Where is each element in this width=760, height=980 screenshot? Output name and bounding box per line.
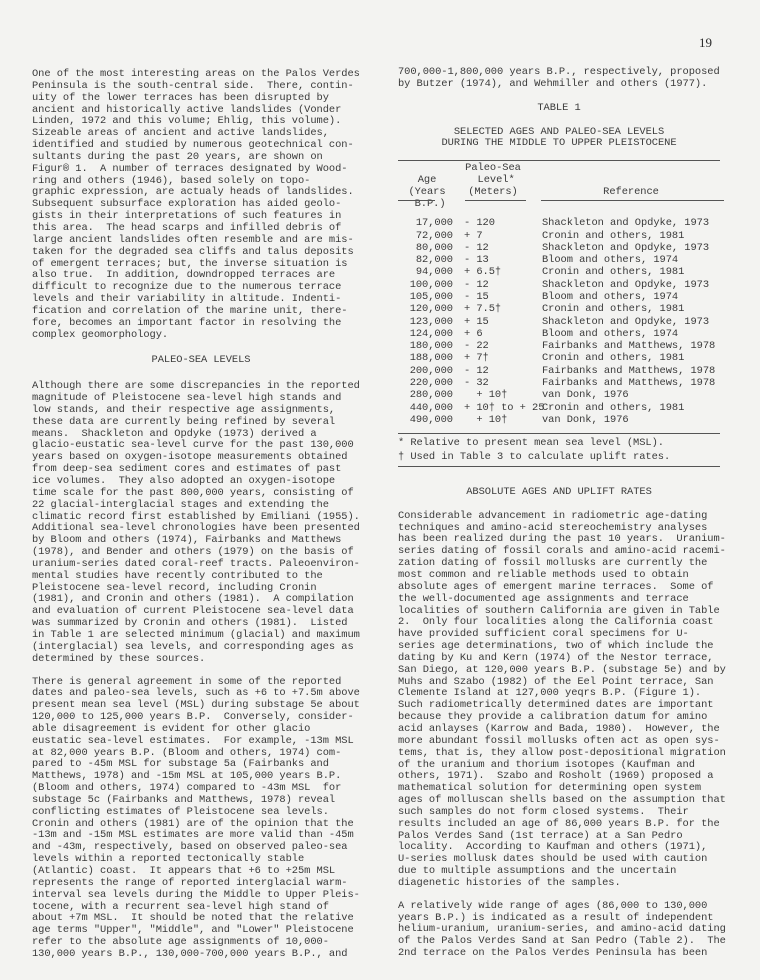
cell-age: 124,000 [398, 329, 453, 341]
table-row: 72,000+ 7Cronin and others, 1981 [398, 231, 720, 243]
header-underline [541, 200, 724, 201]
cell-age: 490,000 [398, 415, 453, 427]
cell-level: + 10† to + 25 [464, 403, 544, 415]
cell-level: + 7† [464, 353, 489, 365]
paragraph-intro: One of the most interesting areas on the… [32, 69, 370, 341]
cell-reference: van Donk, 1976 [542, 415, 629, 427]
cell-reference: Shackleton and Opdyke, 1973 [542, 243, 709, 255]
table-row: 17,000- 120Shackleton and Opdyke, 1973 [398, 218, 720, 230]
cell-reference: Shackleton and Opdyke, 1973 [542, 218, 709, 230]
table-label: TABLE 1 [398, 103, 720, 115]
table-row: 94,000+ 6.5†Cronin and others, 1981 [398, 267, 720, 279]
cell-age: 220,000 [398, 378, 453, 390]
table-bottom-rule [398, 466, 720, 467]
cell-age: 17,000 [398, 218, 453, 230]
cell-level: - 120 [464, 218, 495, 230]
cell-reference: Shackleton and Opdyke, 1973 [542, 317, 709, 329]
right-column: 700,000-1,800,000 years B.P., respective… [398, 67, 720, 960]
table-mid-rule [398, 433, 720, 434]
cell-level: + 6.5† [464, 267, 501, 279]
cell-reference: van Donk, 1976 [542, 390, 629, 402]
cell-level: + 15 [464, 317, 489, 329]
table-row: 188,000+ 7†Cronin and others, 1981 [398, 353, 720, 365]
page-number: 19 [699, 35, 712, 51]
cell-reference: Shackleton and Opdyke, 1973 [542, 280, 709, 292]
cell-age: 120,000 [398, 304, 453, 316]
cell-age: 80,000 [398, 243, 453, 255]
cell-reference: Bloom and others, 1974 [542, 292, 678, 304]
table-footnote-1: * Relative to present mean sea level (MS… [398, 438, 720, 450]
table-header: Age (Years B.P.) Paleo-Sea Level* (Meter… [398, 161, 720, 209]
paragraph-range-of-ages: A relatively wide range of ages (86,000 … [398, 901, 720, 960]
cell-age: 123,000 [398, 317, 453, 329]
cell-level: - 22 [464, 341, 489, 353]
paragraph-advancement: Considerable advancement in radiometric … [398, 511, 720, 890]
cell-age: 200,000 [398, 366, 453, 378]
table-row: 490,000 + 10†van Donk, 1976 [398, 415, 720, 427]
cell-level: - 12 [464, 280, 489, 292]
table-body: 17,000- 120Shackleton and Opdyke, 197372… [398, 209, 720, 433]
cell-level: - 13 [464, 255, 489, 267]
paragraph-agreement: There is general agreement in some of th… [32, 677, 370, 961]
column-header-age: Age (Years B.P.) [398, 175, 456, 211]
table-footnote-2: † Used in Table 3 to calculate uplift ra… [398, 452, 720, 464]
cell-reference: Cronin and others, 1981 [542, 353, 684, 365]
cell-reference: Bloom and others, 1974 [542, 329, 678, 341]
cell-reference: Fairbanks and Matthews, 1978 [542, 341, 715, 353]
cell-reference: Cronin and others, 1981 [542, 231, 684, 243]
cell-age: 440,000 [398, 403, 453, 415]
cell-age: 280,000 [398, 390, 453, 402]
cell-level: + 7 [464, 231, 483, 243]
cell-age: 188,000 [398, 353, 453, 365]
cell-level: + 10† [464, 415, 507, 427]
cell-level: + 7.5† [464, 304, 501, 316]
section-heading-absolute-ages: ABSOLUTE AGES AND UPLIFT RATES [398, 487, 720, 499]
cell-reference: Fairbanks and Matthews, 1978 [542, 366, 715, 378]
column-header-level: Paleo-Sea Level* (Meters) [461, 163, 525, 199]
cell-level: - 12 [464, 243, 489, 255]
cell-level: + 10† [464, 390, 507, 402]
cell-reference: Bloom and others, 1974 [542, 255, 678, 267]
header-underline [398, 200, 435, 201]
cell-age: 180,000 [398, 341, 453, 353]
section-heading-paleo-sea-levels: PALEO-SEA LEVELS [32, 355, 370, 367]
cell-reference: Cronin and others, 1981 [542, 267, 684, 279]
cell-reference: Cronin and others, 1981 [542, 403, 684, 415]
table-row: 280,000 + 10†van Donk, 1976 [398, 390, 720, 402]
cell-age: 82,000 [398, 255, 453, 267]
left-column: One of the most interesting areas on the… [32, 69, 370, 961]
cell-level: - 32 [464, 378, 489, 390]
paragraph-continuation: 700,000-1,800,000 years B.P., respective… [398, 67, 720, 91]
table-row: 120,000+ 7.5†Cronin and others, 1981 [398, 304, 720, 316]
table-title-line-2: DURING THE MIDDLE TO UPPER PLEISTOCENE [398, 138, 720, 150]
cell-age: 94,000 [398, 267, 453, 279]
cell-age: 100,000 [398, 280, 453, 292]
table-1: Age (Years B.P.) Paleo-Sea Level* (Meter… [398, 160, 720, 467]
column-header-reference: Reference [540, 187, 722, 199]
cell-level: - 15 [464, 292, 489, 304]
cell-level: - 12 [464, 366, 489, 378]
cell-reference: Cronin and others, 1981 [542, 304, 684, 316]
cell-age: 105,000 [398, 292, 453, 304]
paragraph-discrepancies: Although there are some discrepancies in… [32, 381, 370, 665]
header-underline [465, 200, 526, 201]
cell-reference: Fairbanks and Matthews, 1978 [542, 378, 715, 390]
cell-age: 72,000 [398, 231, 453, 243]
cell-level: + 6 [464, 329, 483, 341]
